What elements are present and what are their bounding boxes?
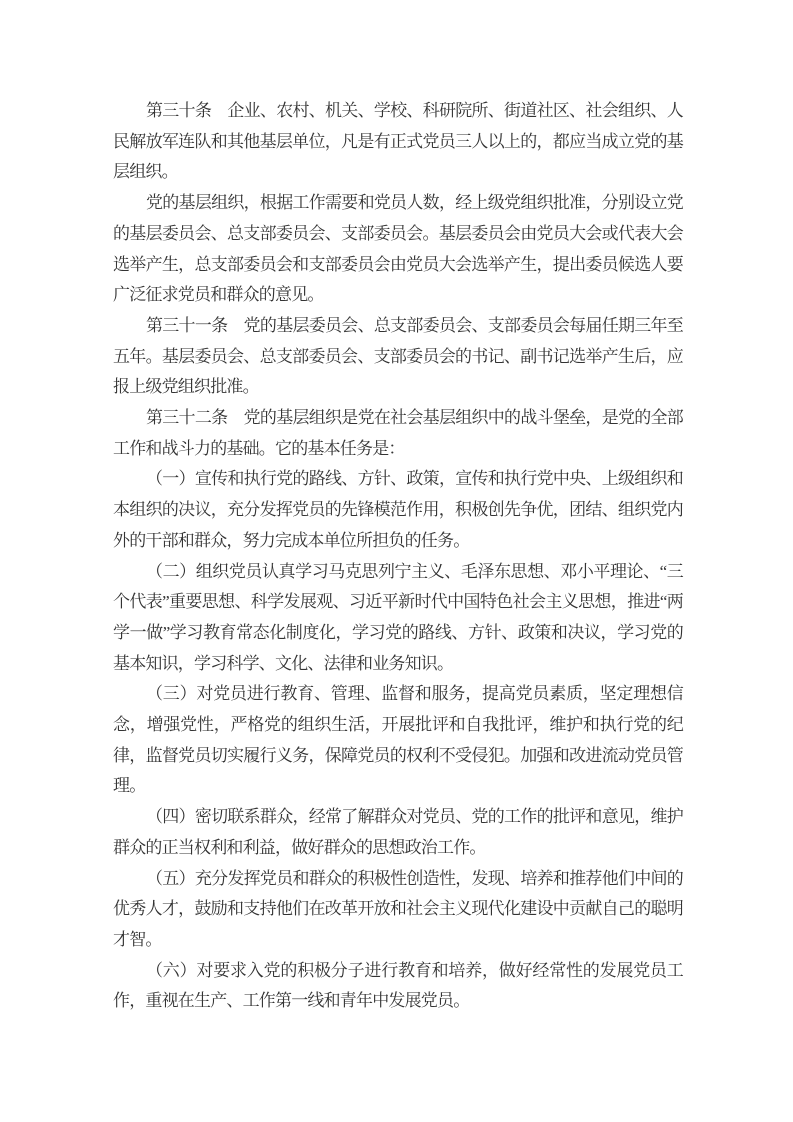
paragraph-task-5: （五）充分发挥党员和群众的积极性创造性，发现、培养和推荐他们中间的优秀人才，鼓励…: [113, 864, 683, 956]
paragraph-task-4: （四）密切联系群众，经常了解群众对党员、党的工作的批评和意见，维护群众的正当权利…: [113, 802, 683, 863]
paragraph-article-30-continuation: 党的基层组织，根据工作需要和党员人数，经上级党组织批准，分别设立党的基层委员会、…: [113, 188, 683, 311]
paragraph-task-6: （六）对要求入党的积极分子进行教育和培养，做好经常性的发展党员工作，重视在生产、…: [113, 956, 683, 1017]
paragraph-article-31: 第三十一条 党的基层委员会、总支部委员会、支部委员会每届任期三年至五年。基层委员…: [113, 311, 683, 403]
paragraph-task-1: （一）宣传和执行党的路线、方针、政策，宣传和执行党中央、上级组织和本组织的决议，…: [113, 464, 683, 556]
paragraph-task-2: （二）组织党员认真学习马克思列宁主义、毛泽东思想、邓小平理论、“三个代表”重要思…: [113, 557, 683, 680]
paragraph-article-32: 第三十二条 党的基层组织是党在社会基层组织中的战斗堡垒，是党的全部工作和战斗力的…: [113, 403, 683, 464]
paragraph-task-3: （三）对党员进行教育、管理、监督和服务，提高党员素质，坚定理想信念，增强党性，严…: [113, 679, 683, 802]
document-page: 第三十条 企业、农村、机关、学校、科研院所、街道社区、社会组织、人民解放军连队和…: [0, 0, 793, 1122]
paragraph-article-30: 第三十条 企业、农村、机关、学校、科研院所、街道社区、社会组织、人民解放军连队和…: [113, 96, 683, 188]
